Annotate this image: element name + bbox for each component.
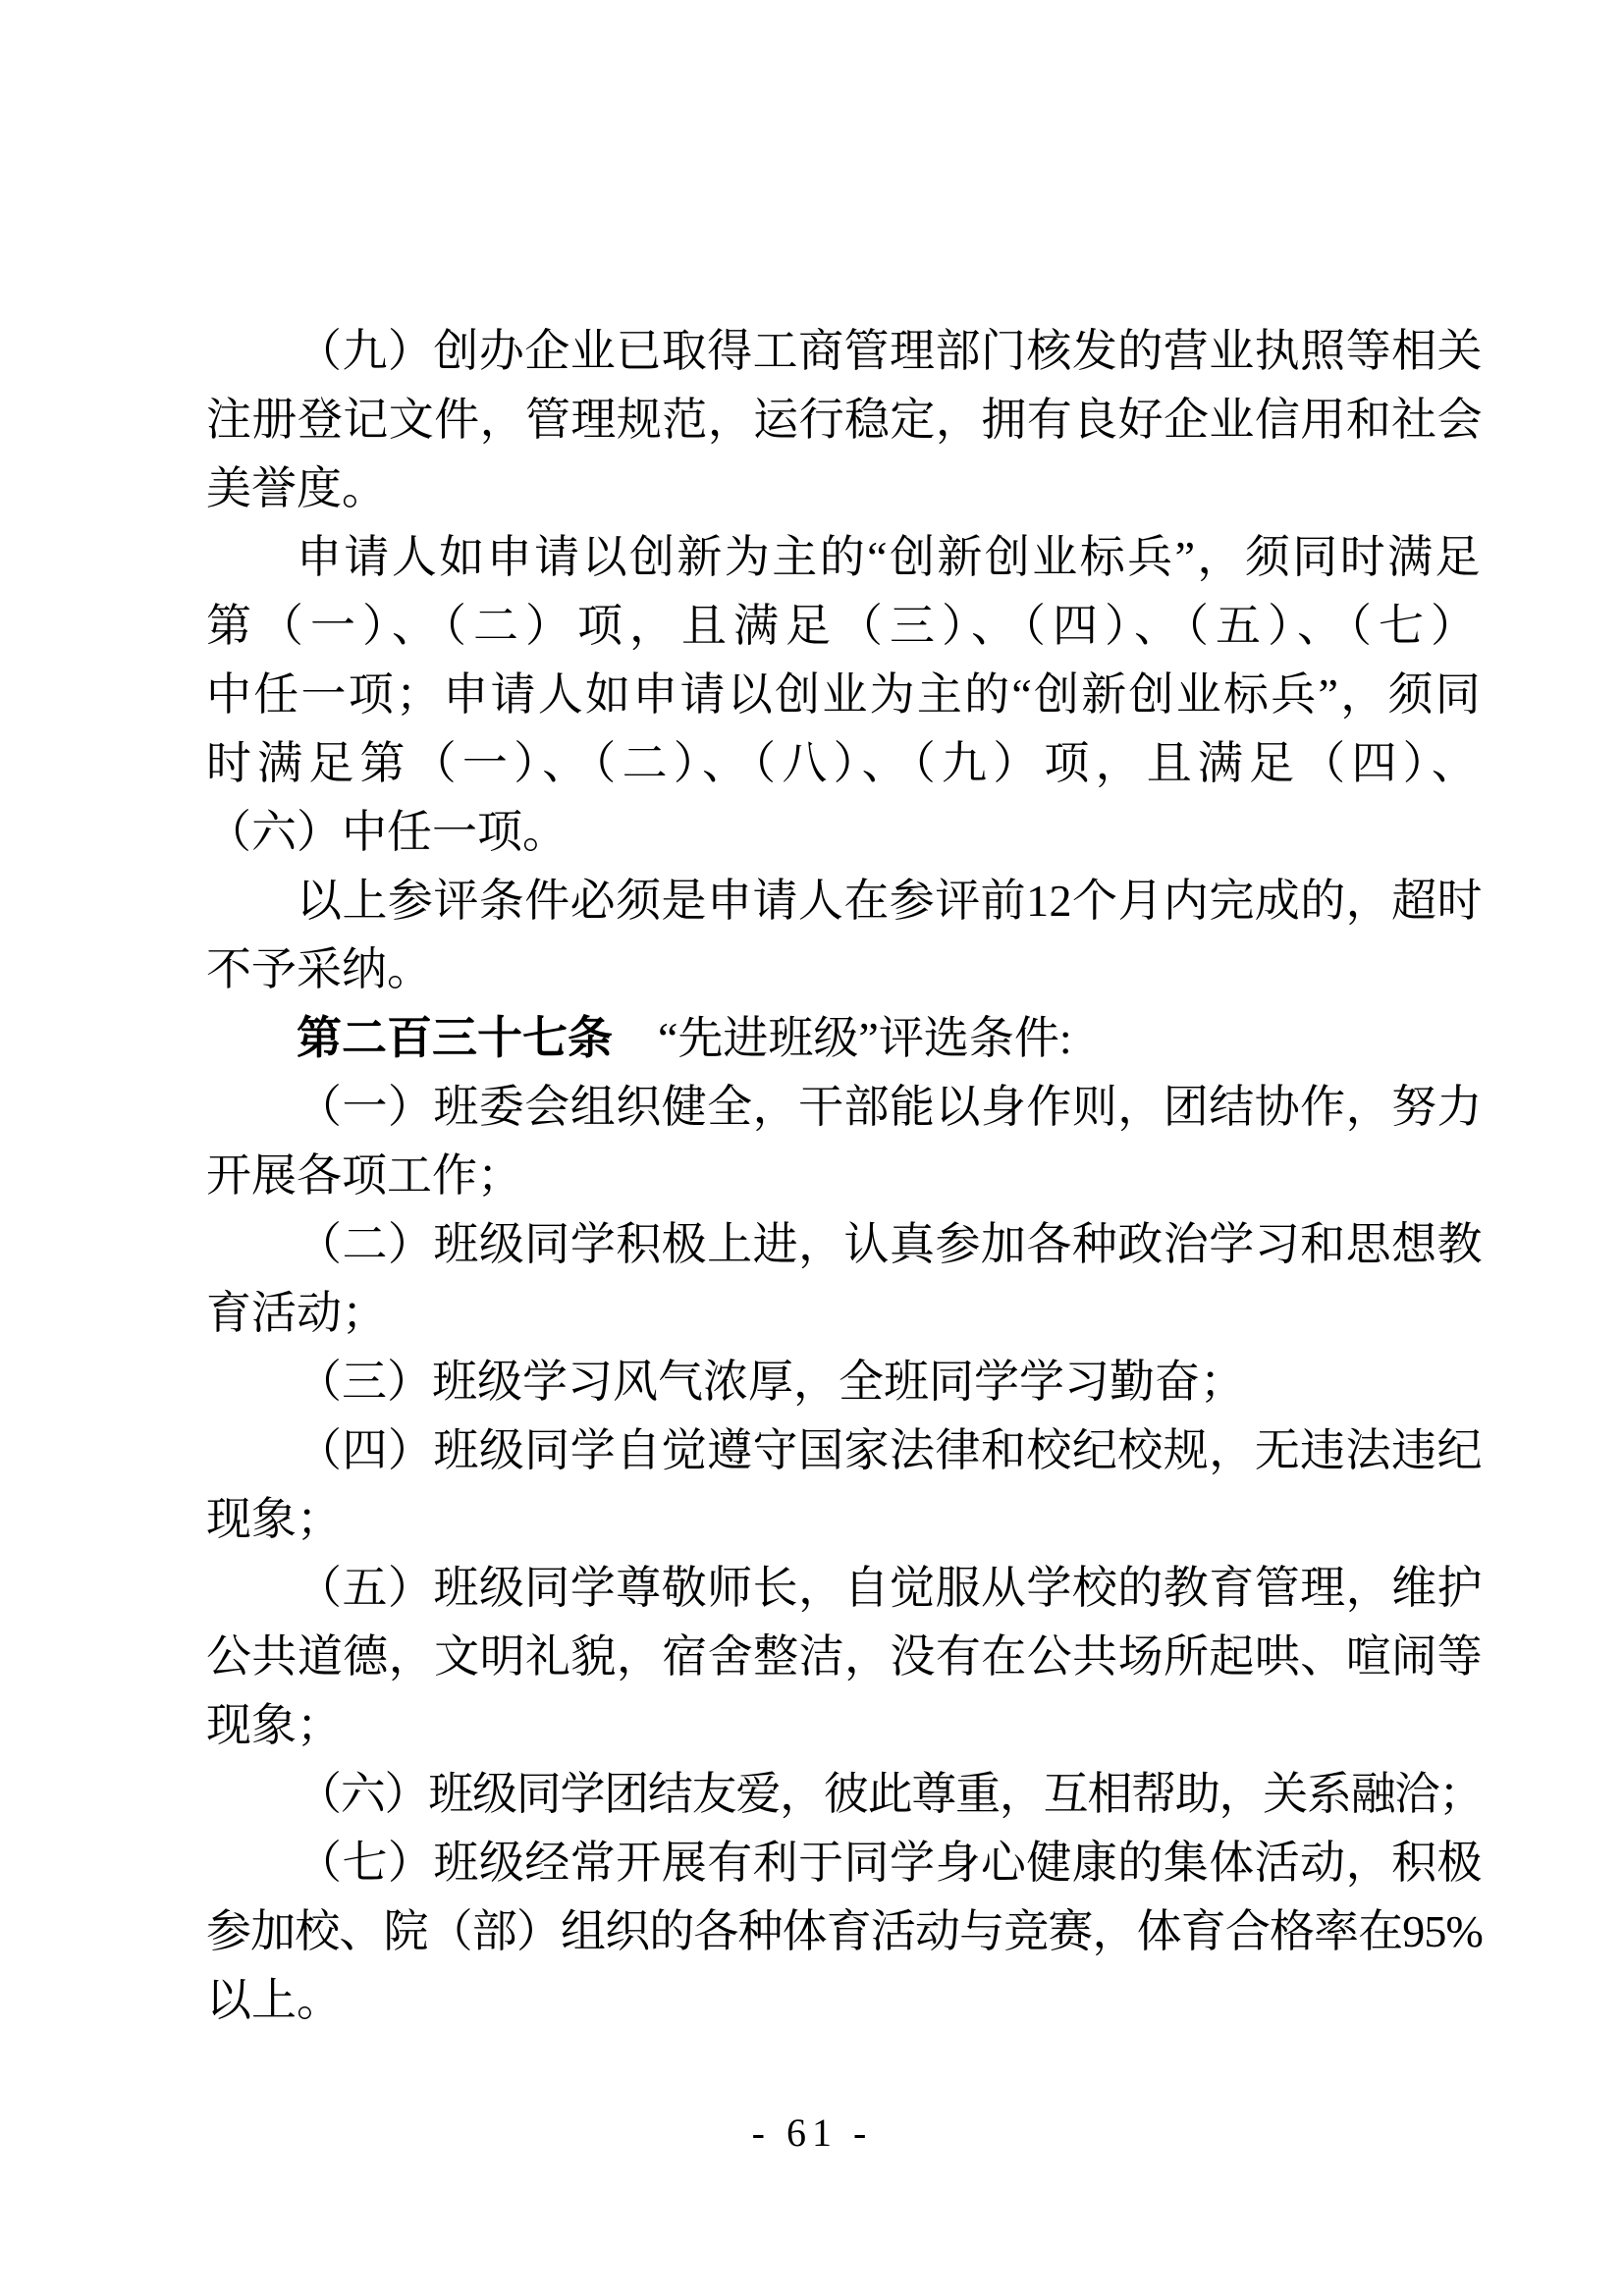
- line-text: 美誉度。: [206, 454, 387, 523]
- text-line: （七）班级经常开展有利于同学身心健康的集体活动，积极: [206, 1829, 1483, 1897]
- line-text: 以上参评条件必须是申请人在参评前12个月内完成的，超时: [297, 867, 1483, 935]
- text-line: 公共道德，文明礼貌，宿舍整洁，没有在公共场所起哄、喧闹等: [206, 1623, 1483, 1691]
- text-line: 不予采纳。: [206, 935, 1483, 1004]
- document-page: （九）创办企业已取得工商管理部门核发的营业执照等相关 注册登记文件，管理规范，运…: [0, 0, 1624, 2296]
- line-text: 育活动；: [206, 1279, 387, 1348]
- text-line: 中任一项；申请人如申请以创业为主的“创新创业标兵”，须同: [206, 661, 1483, 729]
- page-number: - 61 -: [0, 2110, 1624, 2156]
- line-text: （九）创办企业已取得工商管理部门核发的营业执照等相关: [297, 317, 1483, 386]
- article-title: “先进班级”评选条件:: [613, 1013, 1072, 1063]
- text-line: （五）班级同学尊敬师长，自觉服从学校的教育管理，维护: [206, 1554, 1483, 1623]
- line-text: 中任一项；申请人如申请以创业为主的“创新创业标兵”，须同: [206, 661, 1483, 729]
- text-line: 育活动；: [206, 1279, 1483, 1348]
- line-text: 现象；: [206, 1485, 342, 1554]
- line-text: 以上。: [206, 1966, 342, 2035]
- line-text: （一）班委会组织健全，干部能以身作则，团结协作，努力: [297, 1073, 1483, 1142]
- document-text-block: （九）创办企业已取得工商管理部门核发的营业执照等相关 注册登记文件，管理规范，运…: [206, 317, 1483, 2035]
- article-number: 第二百三十七条: [297, 1013, 613, 1063]
- line-text: 注册登记文件，管理规范，运行稳定，拥有良好企业信用和社会: [206, 386, 1483, 454]
- text-line: 开展各项工作；: [206, 1142, 1483, 1210]
- line-text: 申请人如申请以创新为主的“创新创业标兵”，须同时满足: [297, 523, 1483, 592]
- text-line: 时满足第（一）、（二）、（八）、（九）项，且满足（四）、: [206, 729, 1483, 798]
- article-heading-line: 第二百三十七条 “先进班级”评选条件:: [206, 1004, 1483, 1073]
- text-line: （九）创办企业已取得工商管理部门核发的营业执照等相关: [206, 317, 1483, 386]
- text-line: 美誉度。: [206, 454, 1483, 523]
- line-text: 第（一）、（二）项，且满足（三）、（四）、（五）、（七）: [206, 592, 1483, 661]
- line-text: （二）班级同学积极上进，认真参加各种政治学习和思想教: [297, 1210, 1483, 1279]
- text-line: （四）班级同学自觉遵守国家法律和校纪校规，无违法违纪: [206, 1416, 1483, 1485]
- text-line: 第（一）、（二）项，且满足（三）、（四）、（五）、（七）: [206, 592, 1483, 661]
- line-text: 开展各项工作；: [206, 1142, 522, 1210]
- text-line: 以上参评条件必须是申请人在参评前12个月内完成的，超时: [206, 867, 1483, 935]
- text-line: （六）中任一项。: [206, 798, 1483, 867]
- line-text: 现象；: [206, 1691, 342, 1760]
- line-text: （六）班级同学团结友爱，彼此尊重，互相帮助，关系融洽；: [297, 1760, 1483, 1829]
- text-line: （三）班级学习风气浓厚，全班同学学习勤奋；: [206, 1348, 1483, 1416]
- line-text: （三）班级学习风气浓厚，全班同学学习勤奋；: [297, 1348, 1245, 1416]
- line-text: （六）中任一项。: [206, 798, 568, 867]
- line-text: （五）班级同学尊敬师长，自觉服从学校的教育管理，维护: [297, 1554, 1483, 1623]
- text-line: 现象；: [206, 1691, 1483, 1760]
- text-line: （六）班级同学团结友爱，彼此尊重，互相帮助，关系融洽；: [206, 1760, 1483, 1829]
- line-text: 第二百三十七条 “先进班级”评选条件:: [297, 1004, 1072, 1073]
- text-line: 申请人如申请以创新为主的“创新创业标兵”，须同时满足: [206, 523, 1483, 592]
- text-line: （一）班委会组织健全，干部能以身作则，团结协作，努力: [206, 1073, 1483, 1142]
- line-text: 参加校、院（部）组织的各种体育活动与竞赛，体育合格率在95%: [206, 1897, 1483, 1966]
- line-text: 公共道德，文明礼貌，宿舍整洁，没有在公共场所起哄、喧闹等: [206, 1623, 1483, 1691]
- text-line: 注册登记文件，管理规范，运行稳定，拥有良好企业信用和社会: [206, 386, 1483, 454]
- text-line: （二）班级同学积极上进，认真参加各种政治学习和思想教: [206, 1210, 1483, 1279]
- line-text: （七）班级经常开展有利于同学身心健康的集体活动，积极: [297, 1829, 1483, 1897]
- text-line: 以上。: [206, 1966, 1483, 2035]
- text-line: 现象；: [206, 1485, 1483, 1554]
- line-text: （四）班级同学自觉遵守国家法律和校纪校规，无违法违纪: [297, 1416, 1483, 1485]
- line-text: 不予采纳。: [206, 935, 432, 1004]
- line-text: 时满足第（一）、（二）、（八）、（九）项，且满足（四）、: [206, 729, 1483, 798]
- text-line: 参加校、院（部）组织的各种体育活动与竞赛，体育合格率在95%: [206, 1897, 1483, 1966]
